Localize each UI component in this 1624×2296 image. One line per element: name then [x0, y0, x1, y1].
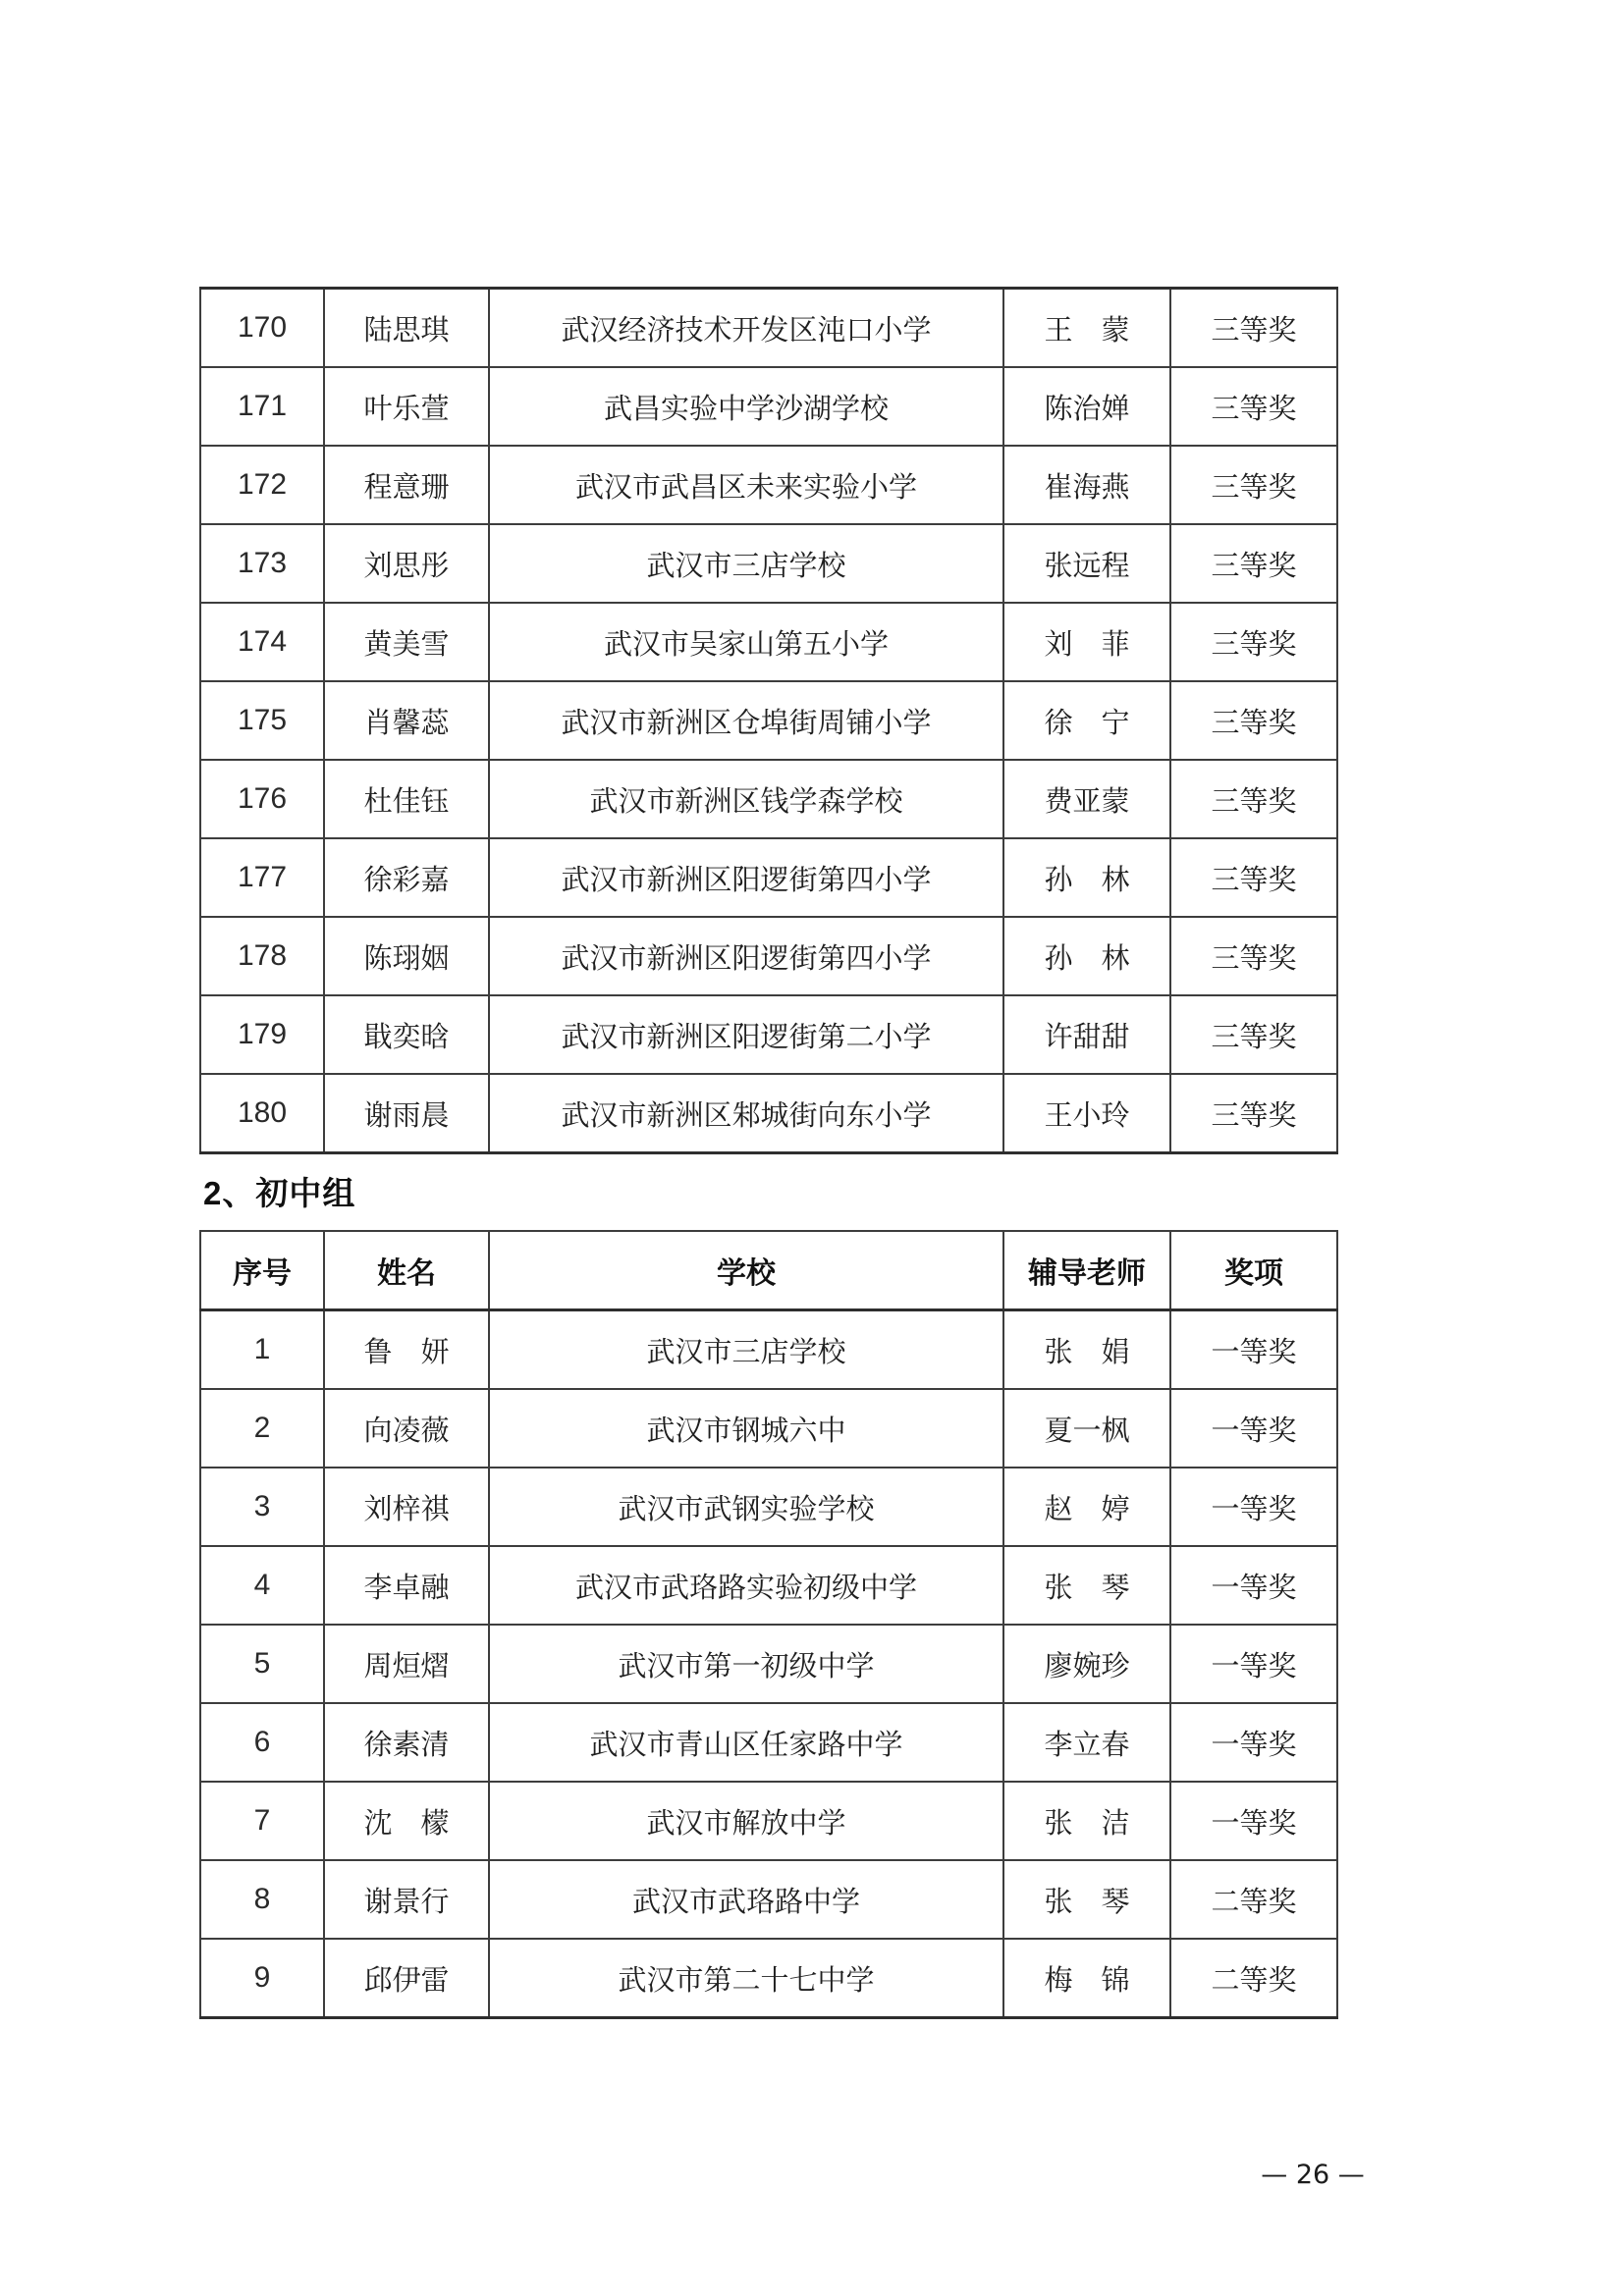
- cell-tutor: 张远程: [1003, 524, 1170, 603]
- cell-tutor: 廖婉珍: [1003, 1625, 1170, 1703]
- cell-school: 武汉市钢城六中: [489, 1389, 1003, 1468]
- cell-student-name: 戢奕晗: [324, 995, 489, 1074]
- cell-school: 武汉市新洲区钱学森学校: [489, 760, 1003, 838]
- cell-student-name: 徐素清: [324, 1703, 489, 1782]
- cell-student-name: 周烜熠: [324, 1625, 489, 1703]
- cell-tutor: 赵 婷: [1003, 1468, 1170, 1546]
- junior-group-award-table: 序号 姓名 学校 辅导老师 奖项 1鲁 妍武汉市三店学校张 娟一等奖2向凌薇武汉…: [199, 1230, 1338, 2019]
- cell-number: 9: [200, 1939, 324, 2018]
- cell-tutor: 梅 锦: [1003, 1939, 1170, 2018]
- header-row: 序号 姓名 学校 辅导老师 奖项: [200, 1231, 1337, 1310]
- table-row: 180谢雨晨武汉市新洲区邾城街向东小学王小玲三等奖: [200, 1074, 1337, 1153]
- cell-number: 7: [200, 1782, 324, 1860]
- table-row: 174黄美雪武汉市吴家山第五小学刘 菲三等奖: [200, 603, 1337, 681]
- cell-student-name: 向凌薇: [324, 1389, 489, 1468]
- cell-number: 6: [200, 1703, 324, 1782]
- table-row: 178陈珝姻武汉市新洲区阳逻街第四小学孙 林三等奖: [200, 917, 1337, 995]
- cell-student-name: 谢雨晨: [324, 1074, 489, 1153]
- cell-school: 武汉市解放中学: [489, 1782, 1003, 1860]
- cell-number: 174: [200, 603, 324, 681]
- cell-award: 三等奖: [1170, 917, 1337, 995]
- table-row: 179戢奕晗武汉市新洲区阳逻街第二小学许甜甜三等奖: [200, 995, 1337, 1074]
- cell-award: 三等奖: [1170, 1074, 1337, 1153]
- table-row: 6徐素清武汉市青山区任家路中学李立春一等奖: [200, 1703, 1337, 1782]
- page-number: — 26 —: [1229, 2160, 1396, 2190]
- cell-number: 179: [200, 995, 324, 1074]
- cell-award: 一等奖: [1170, 1310, 1337, 1390]
- document-page: 170陆思琪武汉经济技术开发区沌口小学王 蒙三等奖171叶乐萱武昌实验中学沙湖学…: [0, 0, 1624, 2296]
- cell-student-name: 黄美雪: [324, 603, 489, 681]
- table-row: 3刘梓祺武汉市武钢实验学校赵 婷一等奖: [200, 1468, 1337, 1546]
- cell-number: 176: [200, 760, 324, 838]
- cell-school: 武汉市武昌区未来实验小学: [489, 446, 1003, 524]
- cell-school: 武汉市新洲区阳逻街第四小学: [489, 838, 1003, 917]
- col-header-name: 姓名: [324, 1231, 489, 1310]
- table-row: 170陆思琪武汉经济技术开发区沌口小学王 蒙三等奖: [200, 289, 1337, 368]
- cell-number: 180: [200, 1074, 324, 1153]
- cell-award: 三等奖: [1170, 446, 1337, 524]
- cell-tutor: 王小玲: [1003, 1074, 1170, 1153]
- cell-number: 1: [200, 1310, 324, 1390]
- cell-award: 二等奖: [1170, 1860, 1337, 1939]
- cell-student-name: 沈 檬: [324, 1782, 489, 1860]
- cell-tutor: 崔海燕: [1003, 446, 1170, 524]
- cell-school: 武汉市三店学校: [489, 524, 1003, 603]
- cell-award: 一等奖: [1170, 1625, 1337, 1703]
- cell-student-name: 徐彩嘉: [324, 838, 489, 917]
- cell-tutor: 许甜甜: [1003, 995, 1170, 1074]
- cell-tutor: 张 娟: [1003, 1310, 1170, 1390]
- col-header-no: 序号: [200, 1231, 324, 1310]
- cell-number: 5: [200, 1625, 324, 1703]
- cell-number: 175: [200, 681, 324, 760]
- cell-student-name: 叶乐萱: [324, 367, 489, 446]
- col-header-school: 学校: [489, 1231, 1003, 1310]
- table-row: 177徐彩嘉武汉市新洲区阳逻街第四小学孙 林三等奖: [200, 838, 1337, 917]
- cell-tutor: 费亚蒙: [1003, 760, 1170, 838]
- cell-number: 170: [200, 289, 324, 368]
- cell-school: 武汉市新洲区仓埠街周铺小学: [489, 681, 1003, 760]
- cell-student-name: 刘梓祺: [324, 1468, 489, 1546]
- cell-tutor: 张 琴: [1003, 1546, 1170, 1625]
- cell-tutor: 孙 林: [1003, 917, 1170, 995]
- cell-award: 二等奖: [1170, 1939, 1337, 2018]
- cell-school: 武昌实验中学沙湖学校: [489, 367, 1003, 446]
- cell-award: 三等奖: [1170, 603, 1337, 681]
- cell-award: 三等奖: [1170, 838, 1337, 917]
- cell-school: 武汉市第一初级中学: [489, 1625, 1003, 1703]
- cell-school: 武汉市新洲区阳逻街第四小学: [489, 917, 1003, 995]
- section-heading-junior-group: 2、初中组: [203, 1168, 355, 1214]
- cell-student-name: 邱伊雷: [324, 1939, 489, 2018]
- cell-number: 4: [200, 1546, 324, 1625]
- col-header-tutor: 辅导老师: [1003, 1231, 1170, 1310]
- table-row: 175肖馨蕊武汉市新洲区仓埠街周铺小学徐 宁三等奖: [200, 681, 1337, 760]
- cell-tutor: 李立春: [1003, 1703, 1170, 1782]
- table-row: 4李卓融武汉市武珞路实验初级中学张 琴一等奖: [200, 1546, 1337, 1625]
- cell-award: 三等奖: [1170, 681, 1337, 760]
- primary-group-award-table-continued: 170陆思琪武汉经济技术开发区沌口小学王 蒙三等奖171叶乐萱武昌实验中学沙湖学…: [199, 287, 1338, 1154]
- cell-student-name: 鲁 妍: [324, 1310, 489, 1390]
- cell-student-name: 肖馨蕊: [324, 681, 489, 760]
- cell-award: 一等奖: [1170, 1468, 1337, 1546]
- cell-school: 武汉市新洲区阳逻街第二小学: [489, 995, 1003, 1074]
- cell-school: 武汉市吴家山第五小学: [489, 603, 1003, 681]
- cell-student-name: 谢景行: [324, 1860, 489, 1939]
- cell-school: 武汉经济技术开发区沌口小学: [489, 289, 1003, 368]
- cell-award: 三等奖: [1170, 760, 1337, 838]
- cell-tutor: 徐 宁: [1003, 681, 1170, 760]
- cell-award: 三等奖: [1170, 995, 1337, 1074]
- cell-school: 武汉市新洲区邾城街向东小学: [489, 1074, 1003, 1153]
- cell-school: 武汉市第二十七中学: [489, 1939, 1003, 2018]
- cell-school: 武汉市青山区任家路中学: [489, 1703, 1003, 1782]
- table-row: 9邱伊雷武汉市第二十七中学梅 锦二等奖: [200, 1939, 1337, 2018]
- cell-tutor: 刘 菲: [1003, 603, 1170, 681]
- cell-school: 武汉市武钢实验学校: [489, 1468, 1003, 1546]
- cell-tutor: 王 蒙: [1003, 289, 1170, 368]
- cell-student-name: 陈珝姻: [324, 917, 489, 995]
- cell-award: 一等奖: [1170, 1782, 1337, 1860]
- cell-number: 3: [200, 1468, 324, 1546]
- cell-number: 173: [200, 524, 324, 603]
- cell-award: 三等奖: [1170, 367, 1337, 446]
- cell-school: 武汉市武珞路中学: [489, 1860, 1003, 1939]
- table-row: 7沈 檬武汉市解放中学张 洁一等奖: [200, 1782, 1337, 1860]
- cell-number: 178: [200, 917, 324, 995]
- cell-school: 武汉市三店学校: [489, 1310, 1003, 1390]
- cell-number: 8: [200, 1860, 324, 1939]
- table-row: 171叶乐萱武昌实验中学沙湖学校陈治婵三等奖: [200, 367, 1337, 446]
- cell-award: 一等奖: [1170, 1703, 1337, 1782]
- table-row: 5周烜熠武汉市第一初级中学廖婉珍一等奖: [200, 1625, 1337, 1703]
- table-row: 2向凌薇武汉市钢城六中夏一枫一等奖: [200, 1389, 1337, 1468]
- cell-tutor: 张 洁: [1003, 1782, 1170, 1860]
- cell-number: 171: [200, 367, 324, 446]
- cell-award: 三等奖: [1170, 524, 1337, 603]
- cell-school: 武汉市武珞路实验初级中学: [489, 1546, 1003, 1625]
- cell-tutor: 夏一枫: [1003, 1389, 1170, 1468]
- cell-student-name: 刘思彤: [324, 524, 489, 603]
- cell-tutor: 张 琴: [1003, 1860, 1170, 1939]
- table-row: 8谢景行武汉市武珞路中学张 琴二等奖: [200, 1860, 1337, 1939]
- table-row: 172程意珊武汉市武昌区未来实验小学崔海燕三等奖: [200, 446, 1337, 524]
- cell-award: 一等奖: [1170, 1389, 1337, 1468]
- table-row: 1鲁 妍武汉市三店学校张 娟一等奖: [200, 1310, 1337, 1390]
- col-header-award: 奖项: [1170, 1231, 1337, 1310]
- cell-student-name: 杜佳钰: [324, 760, 489, 838]
- table-row: 173刘思彤武汉市三店学校张远程三等奖: [200, 524, 1337, 603]
- cell-number: 172: [200, 446, 324, 524]
- cell-award: 一等奖: [1170, 1546, 1337, 1625]
- cell-award: 三等奖: [1170, 289, 1337, 368]
- cell-student-name: 李卓融: [324, 1546, 489, 1625]
- cell-student-name: 陆思琪: [324, 289, 489, 368]
- cell-number: 177: [200, 838, 324, 917]
- cell-tutor: 陈治婵: [1003, 367, 1170, 446]
- cell-student-name: 程意珊: [324, 446, 489, 524]
- cell-tutor: 孙 林: [1003, 838, 1170, 917]
- table-row: 176杜佳钰武汉市新洲区钱学森学校费亚蒙三等奖: [200, 760, 1337, 838]
- cell-number: 2: [200, 1389, 324, 1468]
